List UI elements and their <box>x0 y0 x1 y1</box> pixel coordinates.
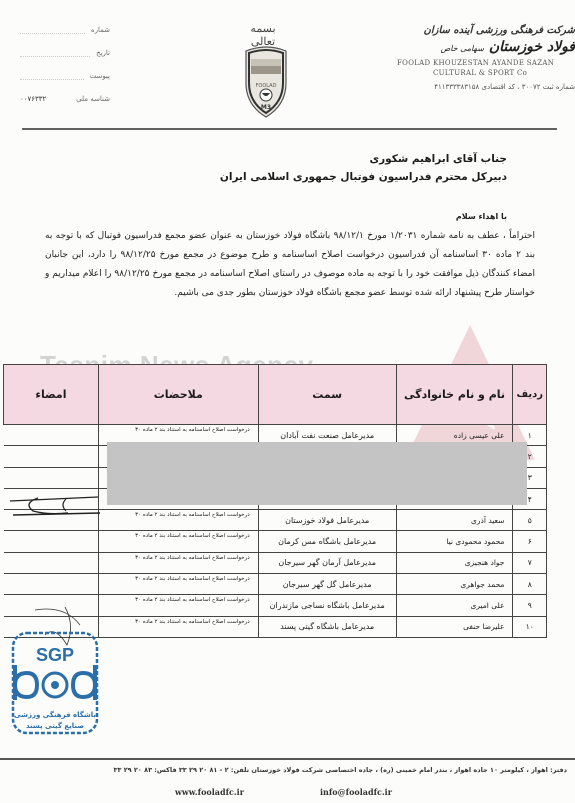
table-row: ۶ محمود محمودی نیا مدیرعامل باشگاه مس کر… <box>4 531 547 552</box>
addressee-title: دبیرکل محترم فدراسیون فوتبال جمهوری اسلا… <box>220 171 507 189</box>
row-position: مدیرعامل باشگاه نساجی مازندران <box>258 595 396 616</box>
company-name-suffix: سهامی خاص <box>441 44 484 53</box>
meta-national-id-value: ۰۰۷۶۳۳۲ <box>20 95 70 103</box>
footer-divider <box>0 758 575 760</box>
row-notes: درخواست اصلاح اساسنامه به استناد بند ۲ م… <box>98 616 258 637</box>
letter-body: احتراماً ، عطف به نامه شماره ۱/۲۰۳۱ مورخ… <box>45 227 535 303</box>
header-position: سمت <box>258 365 396 425</box>
row-position: مدیرعامل گل گهر سیرجان <box>258 574 396 595</box>
handwritten-signature-icon <box>8 493 103 523</box>
company-line1: شرکت فرهنگی ورزشی آینده سازان <box>375 25 575 39</box>
row-name: محمد جواهری <box>396 574 513 595</box>
meta-national-id: شناسه ملی ۰۰۷۶۳۳۲ <box>20 87 110 110</box>
row-name: علیرضا حنفی <box>396 616 513 637</box>
redacted-block <box>107 442 527 505</box>
meta-date-value <box>20 49 90 57</box>
table-header-row: ردیف نام و نام خانوادگی سمت ملاحضات امضا… <box>4 365 547 425</box>
meta-national-id-label: شناسه ملی <box>76 95 110 103</box>
meta-attachment-label: پیوست <box>90 72 110 80</box>
header-divider <box>22 128 557 130</box>
svg-text:باشگاه فرهنگی ورزشی: باشگاه فرهنگی ورزشی <box>14 710 96 719</box>
company-english-name: FOOLAD KHOUZESTAN AYANDE SAZAN <box>375 59 575 69</box>
bismillah-heading: بسمه تعالی <box>243 22 283 36</box>
row-signature <box>4 467 99 488</box>
row-signature <box>4 425 99 446</box>
table-row: ۷ جواد هنجیزی مدیرعامل آرمان گهر سیرجان … <box>4 552 547 573</box>
meta-number: شماره <box>20 18 110 41</box>
meta-attachment-value <box>20 72 84 80</box>
row-index: ۹ <box>513 595 547 616</box>
row-signature <box>4 531 99 552</box>
svg-text:صنایع گیتی پسند: صنایع گیتی پسند <box>26 721 84 730</box>
meta-date: تاریخ <box>20 41 110 64</box>
row-name: علی امیری <box>396 595 513 616</box>
addressee: جناب آقای ابراهیم شکوری دبیرکل محترم فدر… <box>220 153 507 189</box>
meta-attachment: پیوست <box>20 64 110 87</box>
meta-number-value <box>20 26 85 34</box>
company-name: فولاد خوزستان سهامی خاص <box>375 39 575 59</box>
addressee-name: جناب آقای ابراهیم شکوری <box>220 153 507 171</box>
row-notes: درخواست اصلاح اساسنامه به استناد بند ۲ م… <box>98 595 258 616</box>
header-name: نام و نام خانوادگی <box>396 365 513 425</box>
row-position: مدیرعامل باشگاه گیتی پسند <box>258 616 396 637</box>
row-index: ۵ <box>513 510 547 531</box>
footer-email-link[interactable]: info@fooladfc.ir <box>320 787 392 797</box>
header-notes: ملاحضات <box>98 365 258 425</box>
company-english-sub: CULTURAL & SPORT Co <box>375 69 575 81</box>
footer-website-link[interactable]: www.fooladfc.ir <box>175 787 244 797</box>
greeting: با اهداء سلام <box>456 212 507 221</box>
row-index: ۶ <box>513 531 547 552</box>
row-notes: درخواست اصلاح اساسنامه به استناد بند ۲ م… <box>98 552 258 573</box>
row-position: مدیرعامل آرمان گهر سیرجان <box>258 552 396 573</box>
row-notes: درخواست اصلاح اساسنامه به استناد بند ۲ م… <box>98 574 258 595</box>
row-index: ۷ <box>513 552 547 573</box>
meta-number-label: شماره <box>91 26 110 34</box>
letter-meta: شماره تاریخ پیوست شناسه ملی ۰۰۷۶۳۳۲ <box>20 18 110 110</box>
meta-date-label: تاریخ <box>96 49 110 57</box>
row-signature <box>4 446 99 467</box>
svg-text:SGP: SGP <box>36 645 74 665</box>
row-notes: درخواست اصلاح اساسنامه به استناد بند ۲ م… <box>98 531 258 552</box>
club-stamp-icon: SGP باشگاه فرهنگی ورزشی صنایع گیتی پسند <box>5 605 105 745</box>
row-name: محمود محمودی نیا <box>396 531 513 552</box>
header-signature: امضاء <box>4 365 99 425</box>
row-name: سعید آذری <box>396 510 513 531</box>
row-position: مدیرعامل باشگاه مس کرمان <box>258 531 396 552</box>
row-index: ۱۰ <box>513 616 547 637</box>
row-index: ۸ <box>513 574 547 595</box>
club-crest-icon: FOOLAD M3 <box>242 45 290 118</box>
svg-text:FOOLAD: FOOLAD <box>256 83 277 89</box>
row-position: مدیرعامل فولاد خوزستان <box>258 510 396 531</box>
row-signature <box>4 552 99 573</box>
row-name: جواد هنجیزی <box>396 552 513 573</box>
row-signature <box>4 574 99 595</box>
footer-address: دفتر: اهواز ، کیلومتر ۱۰ جاده اهواز ، بن… <box>7 766 567 774</box>
table-row: ۸ محمد جواهری مدیرعامل گل گهر سیرجان درخ… <box>4 574 547 595</box>
company-letterhead: شرکت فرهنگی ورزشی آینده سازان فولاد خوزس… <box>375 25 575 93</box>
row-notes: درخواست اصلاح اساسنامه به استناد بند ۲ م… <box>98 510 258 531</box>
letter-page: شماره تاریخ پیوست شناسه ملی ۰۰۷۶۳۳۲ بسمه… <box>0 0 575 803</box>
svg-text:M3: M3 <box>261 104 271 111</box>
company-registration: شماره ثبت ۳۰۰۷۲ ، کد اقتصادی ۴۱۱۳۳۳۳۸۳۱۵… <box>375 83 575 93</box>
company-name-main: فولاد خوزستان <box>489 39 575 55</box>
header-index: ردیف <box>513 365 547 425</box>
